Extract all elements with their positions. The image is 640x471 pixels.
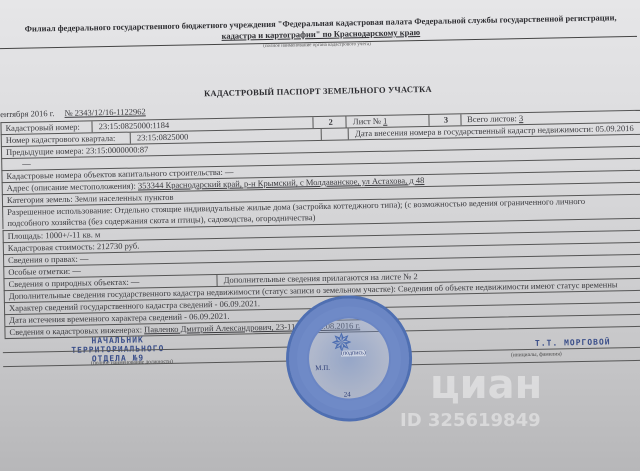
box-3: 3	[432, 114, 461, 126]
cadastral-passport: Филиал федерального государственного бюд…	[0, 0, 640, 471]
category-label: Категория земель:	[7, 194, 73, 205]
cost-label: Кадастровая стоимость:	[8, 241, 95, 253]
capital-objects-value: —	[225, 167, 234, 177]
natural-value: —	[131, 276, 140, 286]
category-value: Земли населенных пунктов	[75, 192, 174, 204]
previous-label: Предыдущие номера:	[6, 146, 84, 157]
additional-label: Дополнительные сведения	[9, 289, 106, 301]
registration-date: сентября 2016 г.	[0, 108, 54, 119]
total-label: Всего листов:	[467, 113, 517, 124]
cost-value: 212730 руб.	[97, 240, 140, 251]
registration-number: № 2343/12/16-1122962	[64, 106, 145, 118]
box-2: 2	[316, 116, 347, 128]
box-6	[324, 128, 349, 139]
position-caption: (полное наименование должности)	[91, 359, 173, 367]
special-label: Особые отметки:	[8, 266, 70, 277]
sheet-no: 1	[383, 116, 387, 126]
total-value: 3	[519, 113, 523, 123]
area-label: Площадь:	[8, 230, 44, 241]
entry-date-value: 05.09.2016	[595, 123, 633, 134]
registration-line: сентября 2016 г. № 2343/12/16-1122962	[0, 106, 146, 119]
area-value: 1000+/-11 кв. м	[45, 229, 100, 240]
usage-label: Разрешенное использование:	[7, 205, 112, 217]
rights-value: —	[80, 253, 89, 263]
rights-label: Сведения о правах:	[8, 254, 78, 265]
special-value: —	[72, 266, 81, 276]
previous-value: 23:15:0000000:87	[86, 144, 149, 155]
official-seal: ✵ (подпись) М.П. 24	[285, 294, 413, 422]
previous-dash: —	[2, 158, 35, 170]
seal-number: 24	[344, 390, 351, 398]
sheet-label: Лист №	[353, 116, 381, 127]
document-title: КАДАСТРОВЫЙ ПАСПОРТ ЗЕМЕЛЬНОГО УЧАСТКА	[0, 80, 638, 102]
watermark-brand: циан	[430, 362, 542, 408]
seal-signature: (подпись)	[341, 350, 366, 356]
name-caption: (инициалы, фамилия)	[511, 351, 562, 358]
seal-mp: М.П.	[315, 364, 330, 372]
watermark-id: ID 325619849	[400, 410, 541, 431]
